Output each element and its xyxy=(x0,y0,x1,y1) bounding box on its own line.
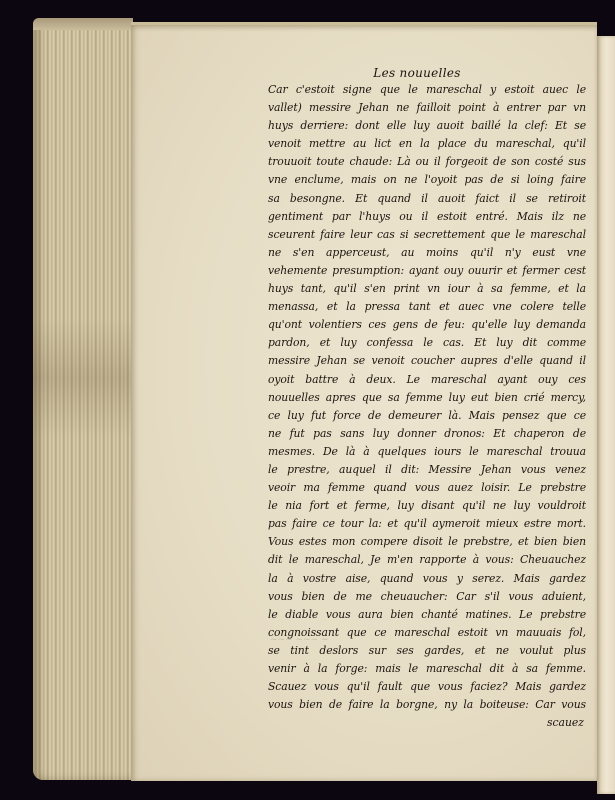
text-line: venoit mettre au lict en la place du mar… xyxy=(268,135,586,153)
text-line: gentiment par l'huys ou il estoit entré.… xyxy=(268,208,586,226)
text-line: nouuelles apres que sa femme luy eut bie… xyxy=(268,389,586,407)
text-line: menassa, et la pressa tant et auec vne c… xyxy=(268,298,586,316)
next-leaf-edge xyxy=(597,36,615,794)
text-line: congnoissant que ce mareschal estoit vn … xyxy=(268,624,586,642)
text-line: vehemente presumption: ayant ouy ouurir … xyxy=(268,262,586,280)
text-line: huys derriere: dont elle luy auoit baill… xyxy=(268,117,586,135)
text-line: vallet) messire Jehan ne failloit point … xyxy=(268,99,586,117)
text-block: Les nouuelles Car c'estoit signe que le … xyxy=(268,65,586,729)
catchword: scauez xyxy=(268,716,586,729)
text-line: pas faire ce tour la: et qu'il aymeroit … xyxy=(268,515,586,533)
text-line: vne enclume, mais on ne l'oyoit pas de s… xyxy=(268,171,586,189)
text-line: pardon, et luy confessa le cas. Et luy d… xyxy=(268,334,586,352)
text-line: vous bien de me cheuaucher: Car s'il vou… xyxy=(268,588,586,606)
text-line: huys tant, qu'il s'en print vn iour à sa… xyxy=(268,280,586,298)
text-line: messire Jehan se venoit coucher aupres d… xyxy=(268,352,586,370)
text-line: la à vostre aise, quand vous y serez. Ma… xyxy=(268,570,586,588)
text-line: sceurent faire leur cas si secrettement … xyxy=(268,226,586,244)
text-line: trouuoit toute chaude: Là ou il forgeoit… xyxy=(268,153,586,171)
text-line: sa besongne. Et quand il auoit faict il … xyxy=(268,190,586,208)
text-line: Vous estes mon compere disoit le prebstr… xyxy=(268,533,586,551)
text-line: ce luy fut force de demeurer là. Mais pe… xyxy=(268,407,586,425)
text-line: vous bien de faire la borgne, ny la boit… xyxy=(268,696,586,714)
text-line: mesmes. De là à quelques iours le maresc… xyxy=(268,443,586,461)
text-line: ne s'en apperceust, au moins qu'il n'y e… xyxy=(268,244,586,262)
text-line: le prestre, auquel il dit: Messire Jehan… xyxy=(268,461,586,479)
running-head: Les nouuelles xyxy=(248,65,586,81)
text-line: se tint deslors sur ses gardes, et ne vo… xyxy=(268,642,586,660)
text-line: ne fut pas sans luy donner dronos: Et ch… xyxy=(268,425,586,443)
text-line: dit le mareschal, Je m'en rapporte à vou… xyxy=(268,551,586,569)
text-line: le nia fort et ferme, luy disant qu'il n… xyxy=(268,497,586,515)
text-line: Car c'estoit signe que le mareschal y es… xyxy=(268,81,586,99)
text-line: le diable vous aura bien chanté matines.… xyxy=(268,606,586,624)
book-spread: ~~~ ~~~ ~ Les nouuelles Car c'estoit sig… xyxy=(0,0,615,800)
page-edges-stack xyxy=(33,18,133,780)
text-line: Scauez vous qu'il fault que vous faciez?… xyxy=(268,678,586,696)
text-line: oyoit battre à deux. Le mareschal ayant … xyxy=(268,371,586,389)
text-line: qu'ont volentiers ces gens de feu: qu'el… xyxy=(268,316,586,334)
text-lines: Car c'estoit signe que le mareschal y es… xyxy=(268,81,586,714)
text-line: veoir ma femme quand vous auez loisir. L… xyxy=(268,479,586,497)
text-line: venir à la forge: mais le mareschal dit … xyxy=(268,660,586,678)
